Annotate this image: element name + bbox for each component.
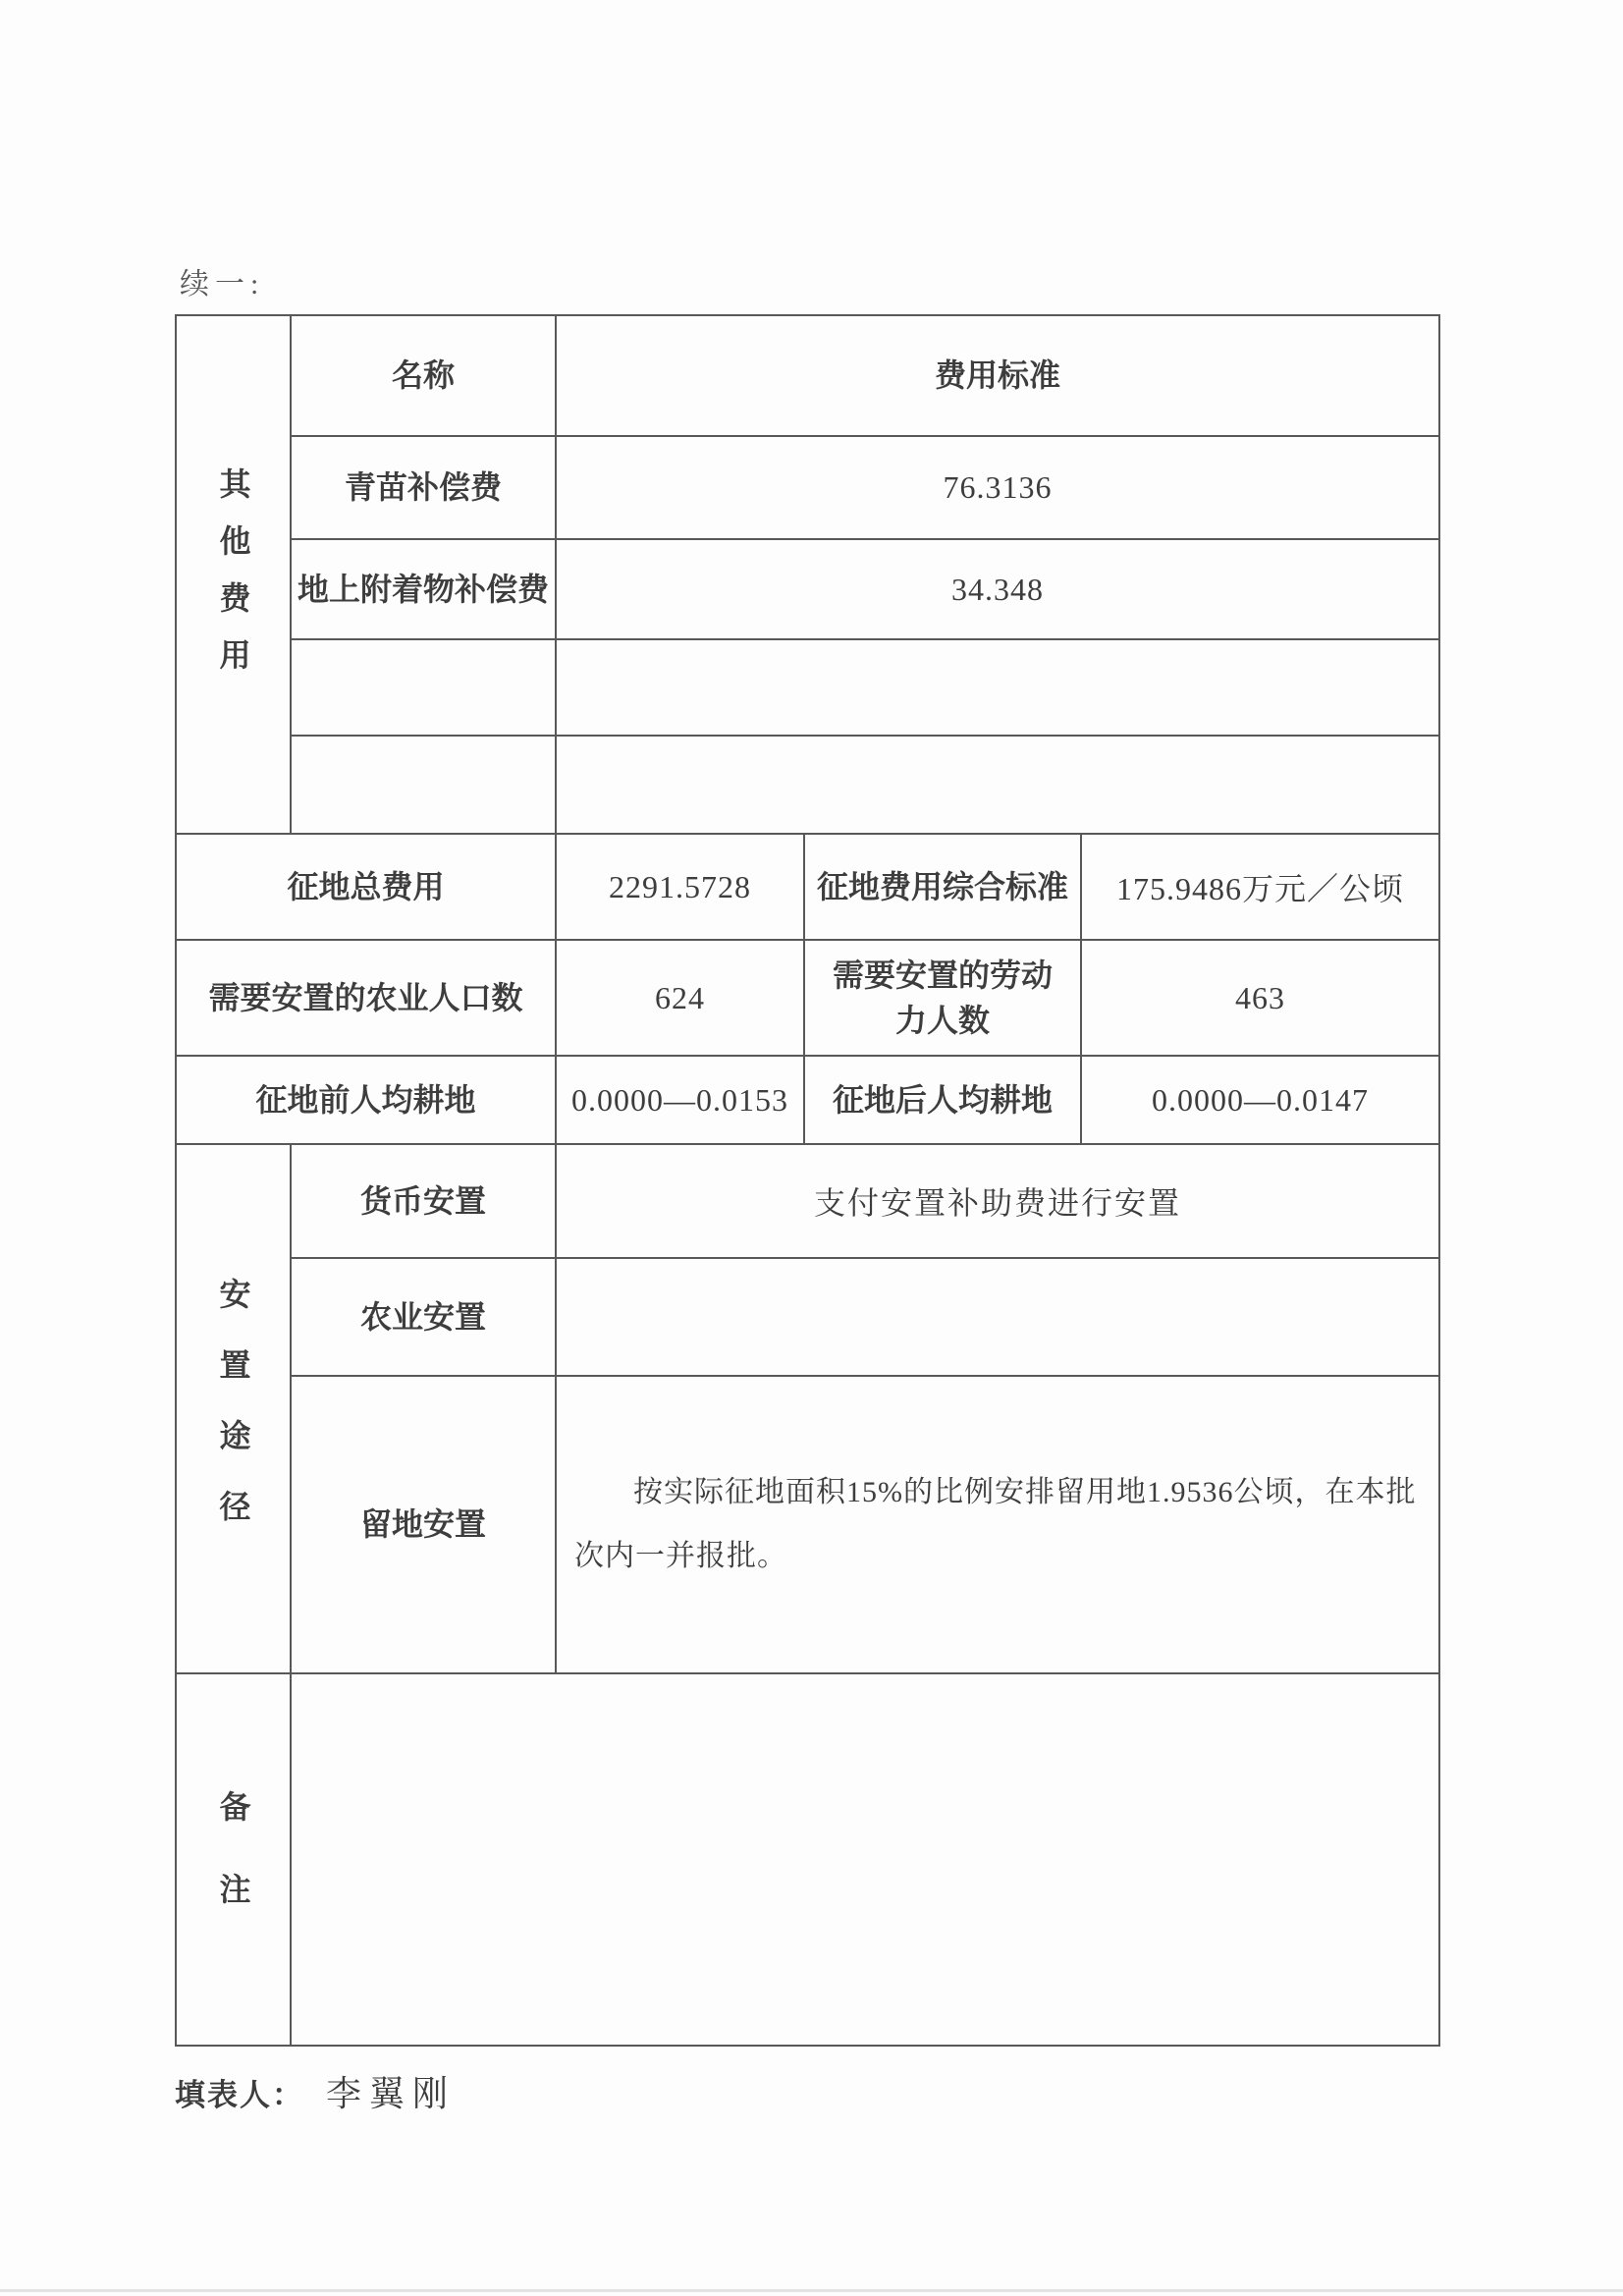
- resettlement-row-name: 货币安置: [292, 1145, 557, 1259]
- group-label-remarks: 备注: [177, 1674, 292, 2047]
- fee-row-value: 76.3136: [557, 437, 1440, 540]
- value-per-capita-farmland-after: 0.0000—0.0147: [1082, 1057, 1440, 1145]
- label-agricultural-population: 需要安置的农业人口数: [177, 941, 557, 1057]
- resettlement-row-name: 留地安置: [292, 1377, 557, 1674]
- header-fee-standard: 费用标准: [557, 316, 1440, 437]
- resettlement-row-value: [557, 1259, 1440, 1377]
- label-comprehensive-standard: 征地费用综合标准: [805, 835, 1082, 941]
- header-fee-name: 名称: [292, 316, 557, 437]
- value-per-capita-farmland-before: 0.0000—0.0153: [557, 1057, 805, 1145]
- label-per-capita-farmland-before: 征地前人均耕地: [177, 1057, 557, 1145]
- land-expropriation-table: 其他费用 名称 费用标准 青苗补偿费 76.3136 地上附着物补偿费 34.3…: [175, 314, 1440, 2047]
- group-label-resettlement: 安置途径: [177, 1145, 292, 1674]
- label-labor-force: 需要安置的劳动力人数: [805, 941, 1082, 1057]
- form-filler-line: 填表人： 李翼刚: [175, 2066, 456, 2116]
- form-filler-name: 李翼刚: [326, 2066, 456, 2116]
- label-total-expropriation-fee: 征地总费用: [177, 835, 557, 941]
- label-per-capita-farmland-after: 征地后人均耕地: [805, 1057, 1082, 1145]
- fee-row-value: [557, 737, 1440, 835]
- value-total-expropriation-fee: 2291.5728: [557, 835, 805, 941]
- remarks-value: [292, 1674, 1440, 2047]
- value-comprehensive-standard: 175.9486万元／公顷: [1082, 835, 1440, 941]
- reserved-land-note: 按实际征地面积15%的比例安排留用地1.9536公顷，在本批次内一并报批。: [574, 1461, 1419, 1588]
- resettlement-row-name: 农业安置: [292, 1259, 557, 1377]
- value-labor-force: 463: [1082, 941, 1440, 1057]
- resettlement-row-value: 按实际征地面积15%的比例安排留用地1.9536公顷，在本批次内一并报批。: [557, 1377, 1440, 1674]
- scan-edge-artifact: [0, 2289, 1623, 2292]
- form-filler-label: 填表人：: [175, 2070, 304, 2114]
- fee-row-name: [292, 640, 557, 737]
- continuation-label: 续一:: [180, 259, 264, 302]
- fee-row-name: [292, 737, 557, 835]
- fee-row-name: 青苗补偿费: [292, 437, 557, 540]
- fee-row-name: 地上附着物补偿费: [292, 540, 557, 640]
- resettlement-row-value: 支付安置补助费进行安置: [557, 1145, 1440, 1259]
- value-agricultural-population: 624: [557, 941, 805, 1057]
- fee-row-value: 34.348: [557, 540, 1440, 640]
- document-page: 续一: 其他费用 名称 费用标准 青苗补偿费 76.3136 地上附着物补偿费 …: [0, 0, 1623, 2296]
- fee-row-value: [557, 640, 1440, 737]
- group-label-other-fees: 其他费用: [177, 316, 292, 835]
